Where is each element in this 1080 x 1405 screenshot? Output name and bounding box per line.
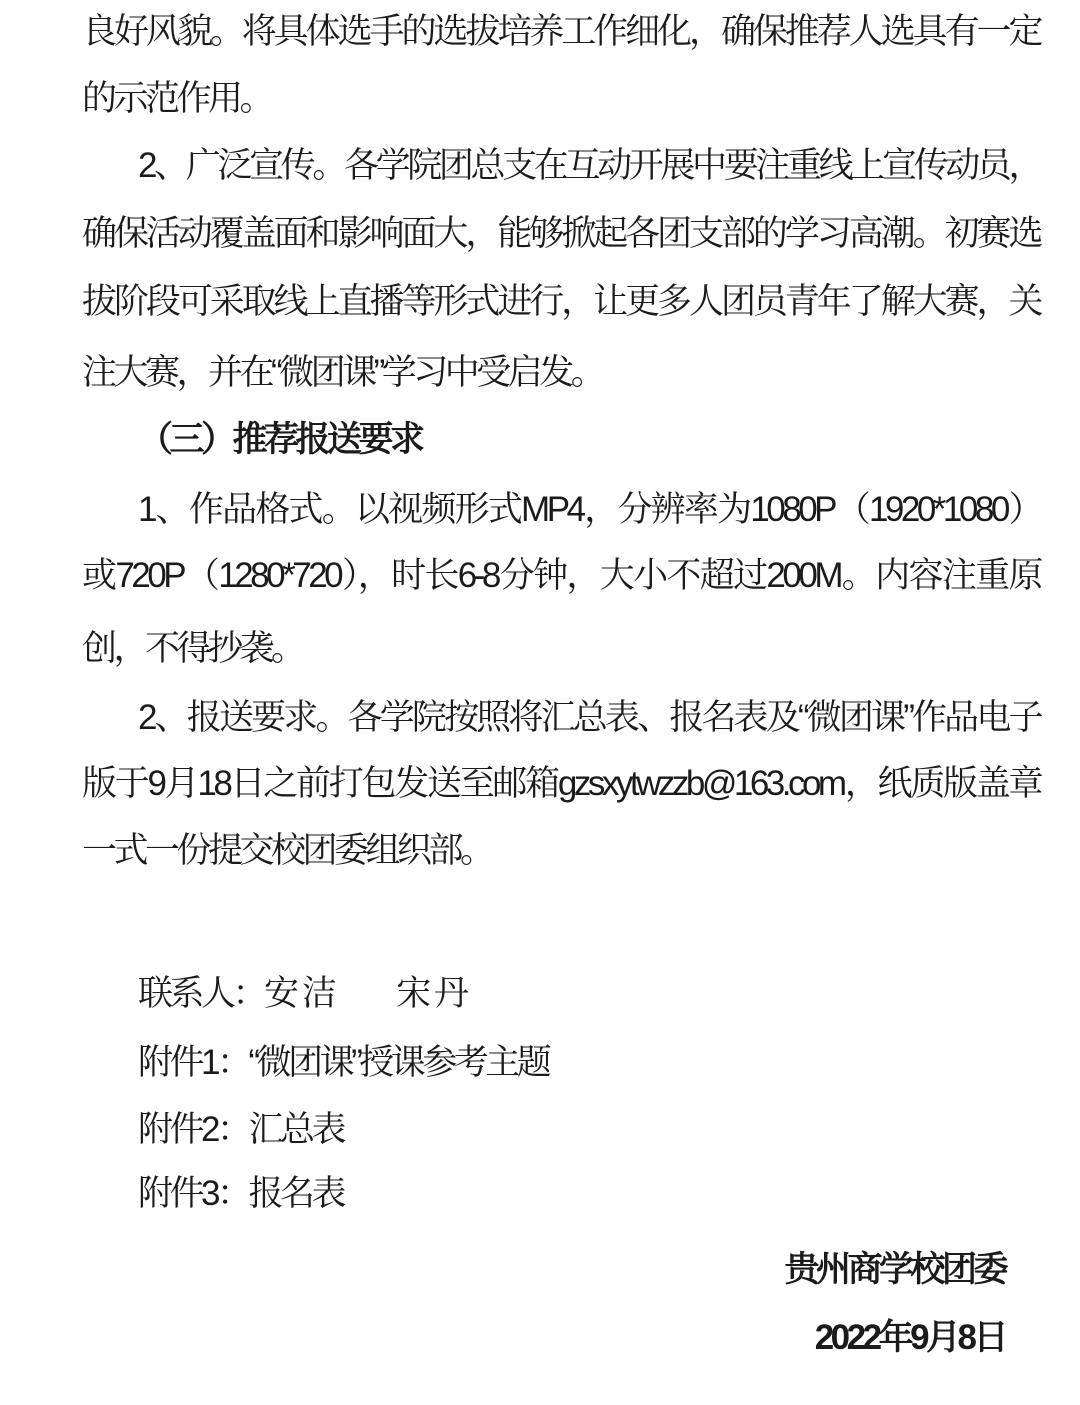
body-line: 2、广泛宣传。各学院团总支在互动开展中要注重线上宣传动员， [82,133,1040,199]
body-line: 的示范作用。 [82,66,1040,132]
signature-line: 贵州商学校团委 [82,1237,1040,1303]
section-heading: （三）推荐报送要求 [82,407,1040,473]
body-line: 一式一份提交校团委组织部。 [82,818,1040,884]
body-line: 或720P（1280*720），时长6-8分钟，大小不超过200M。内容注重原 [82,543,1040,609]
date-line: 2022年9月8日 [82,1305,1040,1371]
contact-line: 联系人：安 洁 宋 丹 [82,961,1040,1027]
document-page: 良好风貌。将具体选手的选拔培养工作细化，确保推荐人选具有一定 的示范作用。 2、… [0,0,1080,1405]
body-line: 版于9月18日之前打包发送至邮箱gzsxytwzzb@163.com，纸质版盖章 [82,751,1040,817]
attachment-line: 附件3：报名表 [82,1161,1040,1227]
body-line: 注大赛，并在“微团课”学习中受启发。 [82,340,1040,406]
body-line: 拔阶段可采取线上直播等形式进行，让更多人团员青年了解大赛，关 [82,269,1040,335]
body-line: 1、作品格式。以视频形式MP4，分辨率为1080P（1920*1080） [82,477,1040,543]
attachment-line: 附件2：汇总表 [82,1097,1040,1163]
attachment-line: 附件1：“微团课”授课参考主题 [82,1030,1040,1096]
body-line: 创，不得抄袭。 [82,616,1040,682]
body-line: 2、报送要求。各学院按照将汇总表、报名表及“微团课”作品电子 [82,685,1040,751]
body-line: 良好风貌。将具体选手的选拔培养工作细化，确保推荐人选具有一定 [82,0,1040,65]
body-line: 确保活动覆盖面和影响面大，能够掀起各团支部的学习高潮。初赛选 [82,201,1040,267]
